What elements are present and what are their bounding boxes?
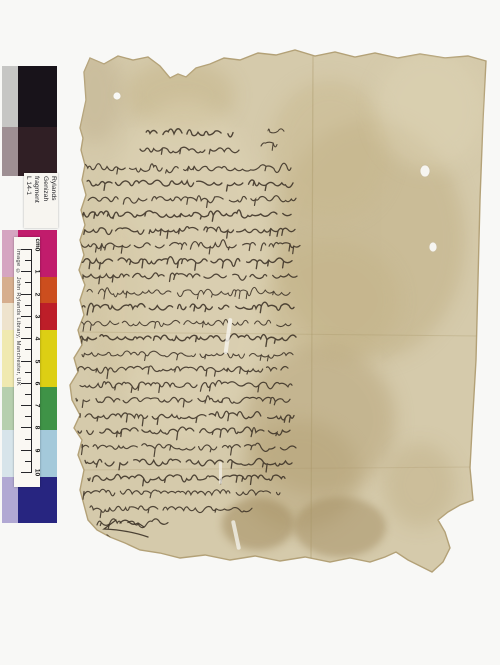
ruler-tick-cm: [21, 472, 31, 473]
ruler-number: 0: [33, 244, 42, 256]
ruler-number: 9: [33, 444, 42, 456]
ruler-number: 2: [33, 288, 42, 300]
ruler-number: 8: [33, 422, 42, 434]
image-credit-text: Image © John Rylands Library, Manchester…: [15, 249, 21, 481]
ruler-tick-cm: [21, 427, 31, 428]
ruler-tick-cm: [21, 405, 31, 406]
calibration-grayscale-patches: [2, 66, 57, 176]
shelfmark-line: Rylands: [49, 176, 57, 228]
shelfmark-line: L 14-1: [24, 176, 32, 228]
ruler-tick-cm: [21, 338, 31, 339]
ruler-number: 10: [33, 467, 42, 479]
calibration-row-gray-black: [2, 66, 57, 127]
shelfmark-label: RylandsGenizahfragmentL 14-1: [24, 173, 58, 228]
solid-patch: [18, 66, 57, 127]
ruler-tick-half-cm: [25, 349, 31, 350]
shelfmark-text: RylandsGenizahfragmentL 14-1: [24, 173, 58, 228]
ruler-tick-cm: [21, 316, 31, 317]
ruler-number: 6: [33, 377, 42, 389]
photographic-ruler: Image © John Rylands Library, Manchester…: [14, 237, 40, 487]
tint-patch: [2, 66, 18, 127]
ruler-tick-half-cm: [25, 282, 31, 283]
ruler-number: 7: [33, 400, 42, 412]
ruler-tick-cm: [21, 249, 31, 250]
ruler-tick-half-cm: [25, 327, 31, 328]
ruler-tick-cm: [21, 383, 31, 384]
light-patch: [375, 50, 485, 170]
ruler-tick-cm: [21, 271, 31, 272]
hole: [420, 165, 430, 177]
hole: [113, 92, 121, 100]
ruler-tick-half-cm: [25, 372, 31, 373]
ruler-tick-cm: [21, 450, 31, 451]
tint-patch: [2, 127, 18, 176]
solid-patch: [18, 127, 57, 176]
manuscript-fragment: [0, 0, 500, 665]
ruler-tick-cm: [21, 294, 31, 295]
ruler-tick-cm: [21, 361, 31, 362]
ruler-tick-half-cm: [25, 416, 31, 417]
hole: [429, 242, 437, 252]
ruler-number: 3: [33, 310, 42, 322]
stain: [294, 497, 386, 557]
light-patch: [100, 100, 270, 440]
ruler-tick-half-cm: [25, 394, 31, 395]
ruler-tick-half-cm: [25, 461, 31, 462]
shelfmark-line: fragment: [32, 176, 40, 228]
crease-highlight: [219, 462, 222, 484]
shelfmark-line: Genizah: [40, 176, 48, 228]
ruler-number: 1: [33, 266, 42, 278]
ruler-tick-half-cm: [25, 439, 31, 440]
stain: [270, 80, 390, 220]
ruler-tick-half-cm: [25, 260, 31, 261]
calibration-row-mauve-brown: [2, 127, 57, 176]
digitized-manuscript-photo: RylandsGenizahfragmentL 14-1 Image © Joh…: [0, 0, 500, 665]
ruler-number: 5: [33, 355, 42, 367]
ruler-tick-half-cm: [25, 305, 31, 306]
ruler-number: 4: [33, 333, 42, 345]
speck: [171, 59, 179, 67]
